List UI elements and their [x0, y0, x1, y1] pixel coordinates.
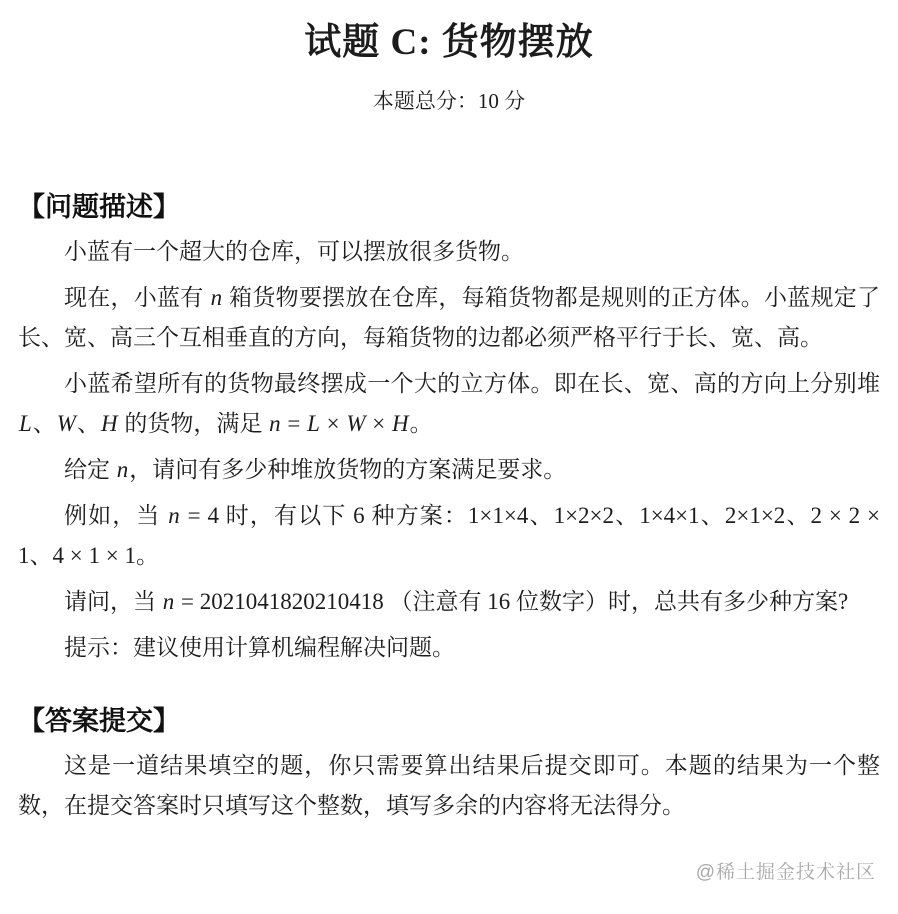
paragraph-warehouse-intro: 小蓝有一个超大的仓库，可以摆放很多货物。 [18, 232, 880, 272]
text-run: 提示：建议使用计算机编程解决问题。 [64, 635, 455, 660]
math-variable: n [162, 589, 176, 614]
math-variable: W [56, 411, 77, 436]
section-heading-answer-submission: 【答案提交】 [18, 704, 880, 738]
text-run: × [321, 411, 345, 436]
text-run: 这是一道结果填空的题，你只需要算出结果后提交即可。本题的结果为一个整数，在提交答… [18, 753, 880, 818]
math-variable: n [167, 503, 181, 528]
text-run: 的货物，满足 [119, 411, 269, 436]
section-answer-submission: 【答案提交】 这是一道结果填空的题，你只需要算出结果后提交即可。本题的结果为一个… [18, 704, 880, 826]
paragraph-question-specific: 请问，当 n = 2021041820210418 （注意有 16 位数字）时，… [18, 582, 880, 622]
paragraph-hint: 提示：建议使用计算机编程解决问题。 [18, 628, 880, 668]
paragraph-question-general: 给定 n，请问有多少种堆放货物的方案满足要求。 [18, 450, 880, 490]
text-run: 、 [33, 411, 56, 436]
section-problem-description: 【问题描述】 小蓝有一个超大的仓库，可以摆放很多货物。 现在，小蓝有 n 箱货物… [18, 190, 880, 668]
text-run: 、 [77, 411, 100, 436]
math-variable: n [210, 285, 224, 310]
text-run: 现在，小蓝有 [64, 285, 210, 310]
paragraph-cargo-rules: 现在，小蓝有 n 箱货物要摆放在仓库，每箱货物都是规则的正方体。小蓝规定了长、宽… [18, 278, 880, 358]
math-variable: H [391, 411, 410, 436]
text-run: ，请问有多少种堆放货物的方案满足要求。 [129, 457, 566, 482]
math-variable: n [116, 457, 130, 482]
math-variable: n [268, 411, 282, 436]
page-subtitle: 本题总分：10 分 [18, 88, 880, 114]
math-variable: L [306, 411, 321, 436]
problem-document-page: 试题 C: 货物摆放 本题总分：10 分 【问题描述】 小蓝有一个超大的仓库，可… [0, 0, 898, 914]
page-title: 试题 C: 货物摆放 [18, 20, 880, 66]
math-variable: W [345, 411, 366, 436]
math-variable: H [100, 411, 119, 436]
text-run: = 2021041820210418 （注意有 16 位数字）时，总共有多少种方… [175, 589, 848, 614]
text-run: 给定 [64, 457, 116, 482]
text-run: 小蓝有一个超大的仓库，可以摆放很多货物。 [64, 239, 524, 264]
paragraph-cuboid-formula: 小蓝希望所有的货物最终摆成一个大的立方体。即在长、宽、高的方向上分别堆 L、W、… [18, 364, 880, 444]
text-run: = [282, 411, 306, 436]
text-run: × [367, 411, 391, 436]
text-run: 例如，当 [64, 503, 167, 528]
paragraph-submission-instructions: 这是一道结果填空的题，你只需要算出结果后提交即可。本题的结果为一个整数，在提交答… [18, 746, 880, 826]
text-run: 请问，当 [64, 589, 162, 614]
text-run: 。 [410, 411, 433, 436]
paragraph-example-n4: 例如，当 n = 4 时，有以下 6 种方案：1×1×4、1×2×2、1×4×1… [18, 496, 880, 576]
watermark: @稀土掘金技术社区 [696, 861, 876, 885]
math-variable: L [18, 411, 33, 436]
section-heading-problem-description: 【问题描述】 [18, 190, 880, 224]
text-run: 小蓝希望所有的货物最终摆成一个大的立方体。即在长、宽、高的方向上分别堆 [64, 371, 880, 396]
